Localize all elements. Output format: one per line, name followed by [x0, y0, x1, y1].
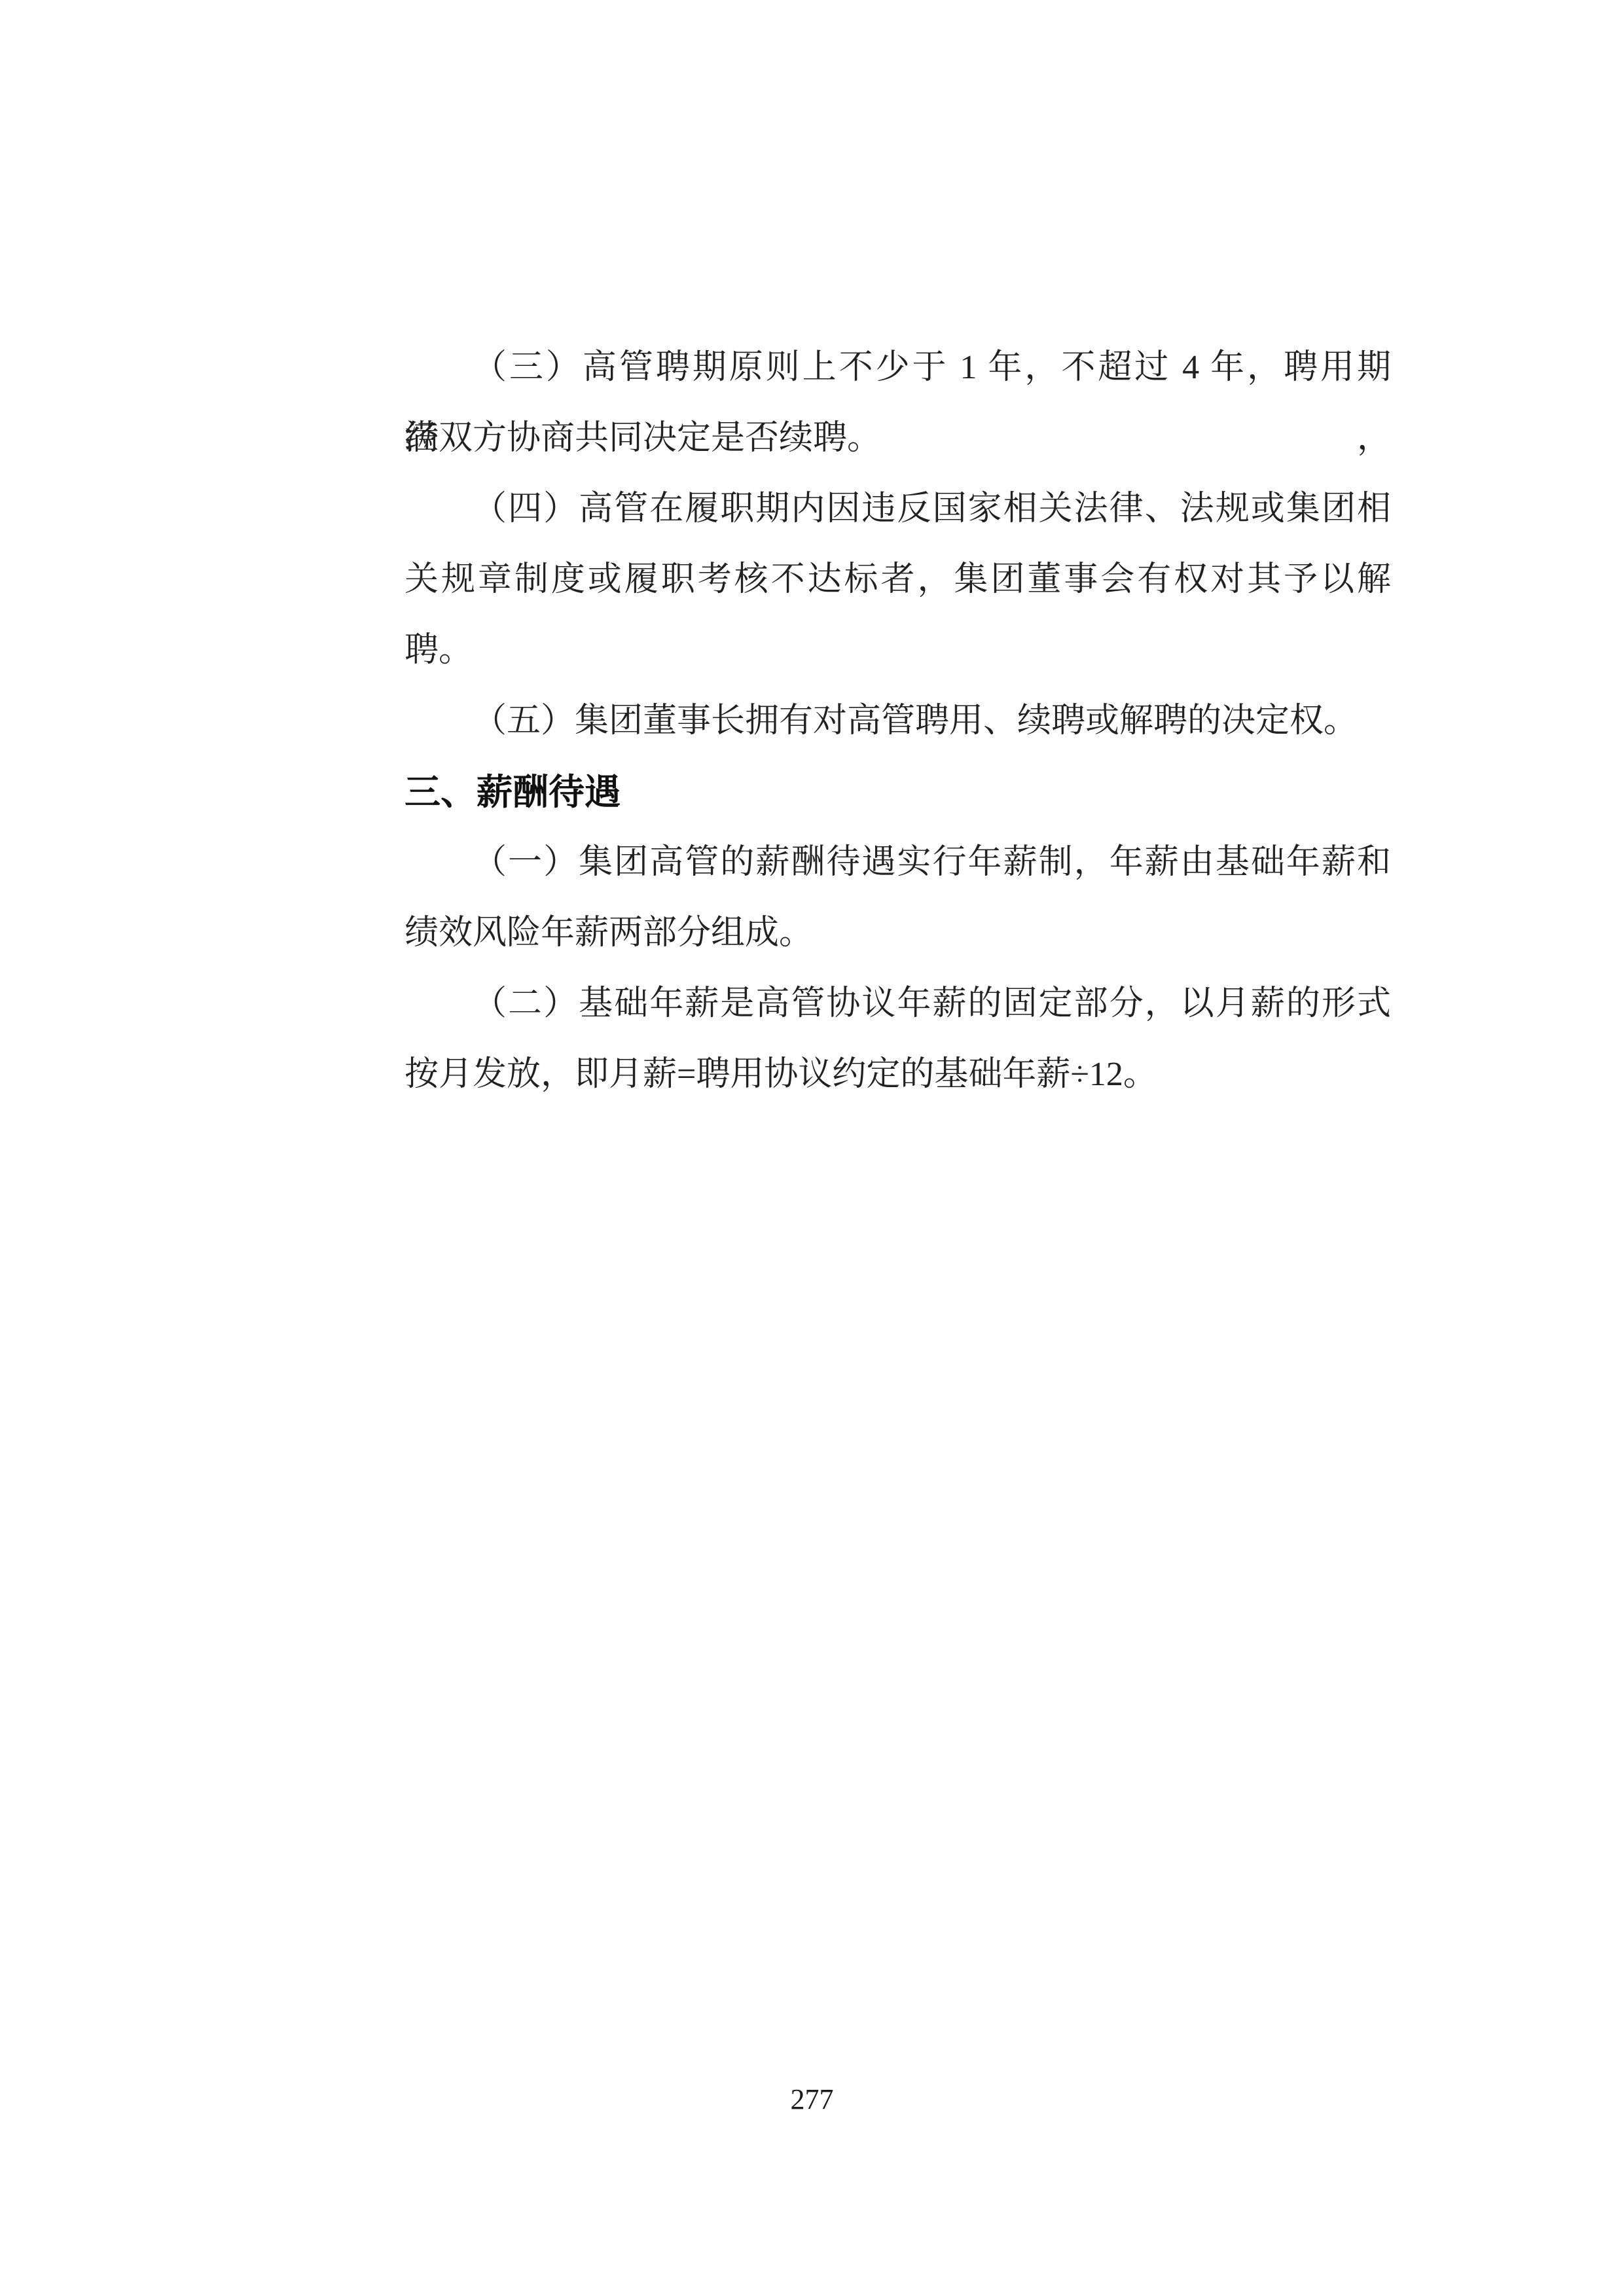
body-line: （四）高管在履职期内因违反国家相关法律、法规或集团相: [405, 474, 1391, 545]
body-line: （一）集团高管的薪酬待遇实行年薪制，年薪由基础年薪和: [405, 827, 1391, 898]
body-line: （五）集团董事长拥有对高管聘用、续聘或解聘的决定权。: [405, 686, 1391, 757]
section-heading: 三、薪酬待遇: [405, 757, 1391, 827]
body-line: 按月发放，即月薪=聘用协议约定的基础年薪÷12。: [405, 1039, 1391, 1110]
body-line: 绩效风险年薪两部分组成。: [405, 898, 1391, 969]
document-page: （三）高管聘期原则上不少于 1 年，不超过 4 年，聘用期满， 经双方协商共同决…: [0, 0, 1624, 2296]
body-line: 聘。: [405, 615, 1391, 686]
page-number: 277: [0, 2080, 1624, 2119]
body-line: （三）高管聘期原则上不少于 1 年，不超过 4 年，聘用期满，: [405, 332, 1391, 403]
text-block: （三）高管聘期原则上不少于 1 年，不超过 4 年，聘用期满， 经双方协商共同决…: [405, 332, 1391, 1110]
body-line: （二）基础年薪是高管协议年薪的固定部分，以月薪的形式: [405, 969, 1391, 1039]
body-line: 关规章制度或履职考核不达标者，集团董事会有权对其予以解: [405, 545, 1391, 615]
